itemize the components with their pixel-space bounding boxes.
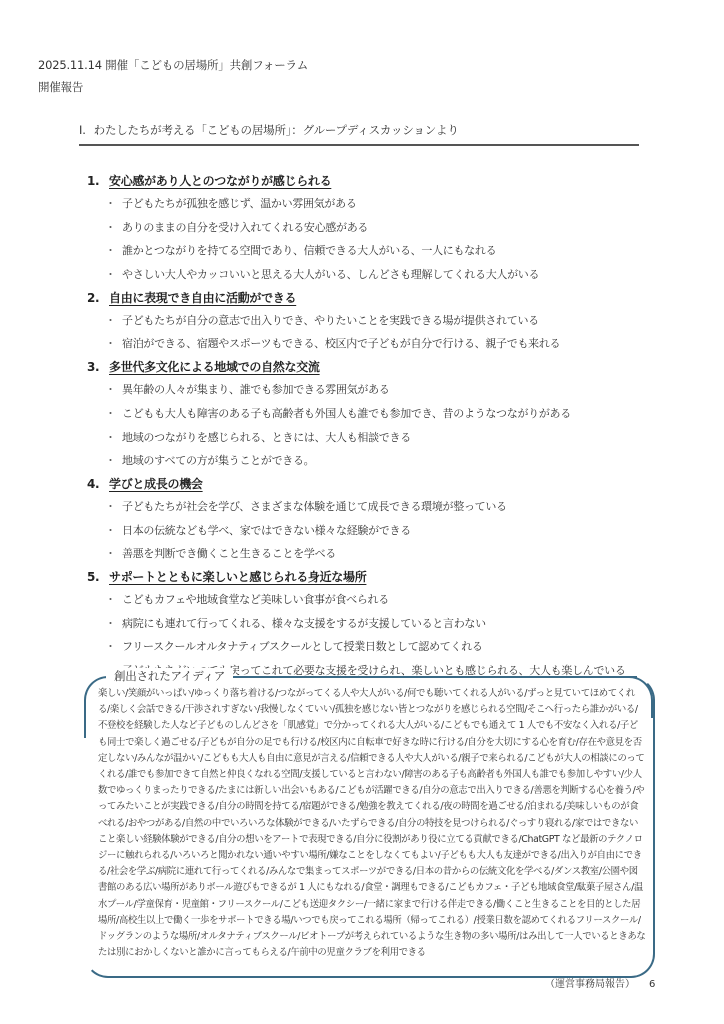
- list-item: ・誰かとつながりを持てる空間であり、信頼できる大人がいる、一人にもなれる: [87, 239, 667, 263]
- ideas-frame-top-rule: [229, 676, 637, 678]
- document-subtitle: 開催報告: [38, 79, 83, 95]
- category-heading: 4.学びと成長の機会: [87, 473, 667, 495]
- bullet-icon: ・: [105, 588, 122, 612]
- ideas-title: 創出されたアイディア: [106, 668, 233, 684]
- bullet-icon: ・: [105, 378, 122, 402]
- category-2: 2.自由に表現でき自由に活動ができる ・子どもたちが自分の意志で出入りでき、やり…: [87, 287, 667, 356]
- section-title: わたしたちが考える「こどもの居場所」：グループディスカッションより: [94, 123, 459, 137]
- category-heading: 5.サポートとともに楽しいと感じられる身近な場所: [87, 566, 667, 588]
- bullet-icon: ・: [105, 263, 122, 287]
- category-heading: 2.自由に表現でき自由に活動ができる: [87, 287, 667, 309]
- list-item: ・こどもカフェや地域食堂など美味しい食事が食べられる: [87, 588, 667, 612]
- bullet-icon: ・: [105, 239, 122, 263]
- page-footer: （運営事務局報告）6: [545, 975, 655, 990]
- bullet-icon: ・: [105, 449, 122, 473]
- bullet-icon: ・: [105, 519, 122, 543]
- list-item: ・異年齢の人々が集まり、誰でも参加できる雰囲気がある: [87, 378, 667, 402]
- list-item: ・地域のすべての方が集うことができる。: [87, 449, 667, 473]
- list-item: ・フリースクールオルタナティブスクールとして授業日数として認めてくれる: [87, 635, 667, 659]
- section-heading: Ⅰ.わたしたちが考える「こどもの居場所」：グループディスカッションより: [79, 122, 639, 146]
- list-item: ・子どもたちが孤独を感じず、温かい雰囲気がある: [87, 192, 667, 216]
- list-item: ・ありのままの自分を受け入れてくれる安心感がある: [87, 216, 667, 240]
- category-heading: 1.安心感があり人とのつながりが感じられる: [87, 170, 667, 192]
- bullet-icon: ・: [105, 216, 122, 240]
- bullet-icon: ・: [105, 635, 122, 659]
- document-title: 2025.11.14 開催「こどもの居場所」共創フォーラム: [38, 57, 308, 73]
- bullet-icon: ・: [105, 612, 122, 636]
- category-1: 1.安心感があり人とのつながりが感じられる ・子どもたちが孤独を感じず、温かい雰…: [87, 170, 667, 287]
- ideas-text: 楽しい/笑顔がいっぱい/ゆっくり落ち着ける/つながってくる人や大人がいる/何でも…: [98, 686, 646, 961]
- list-item: ・やさしい大人やカッコいいと思える大人がいる、しんどさも理解してくれる大人がいる: [87, 263, 667, 287]
- list-item: ・宿泊ができる、宿題やスポーツもできる、校区内で子どもが自分で行ける、親子でも来…: [87, 332, 667, 356]
- category-3: 3.多世代多文化による地域での自然な交流 ・異年齢の人々が集まり、誰でも参加でき…: [87, 356, 667, 473]
- list-item: ・病院にも連れて行ってくれる、様々な支援をするが支援していると言わない: [87, 612, 667, 636]
- bullet-icon: ・: [105, 426, 122, 450]
- list-item: ・善悪を判断でき働くこと生きることを学べる: [87, 542, 667, 566]
- bullet-icon: ・: [105, 542, 122, 566]
- footer-source: （運営事務局報告）: [545, 979, 635, 990]
- list-item: ・地域のつながりを感じられる、ときには、大人も相談できる: [87, 426, 667, 450]
- list-item: ・日本の伝統なども学べ、家ではできない様々な経験ができる: [87, 519, 667, 543]
- category-heading: 3.多世代多文化による地域での自然な交流: [87, 356, 667, 378]
- category-4: 4.学びと成長の機会 ・子どもたちが社会を学び、さまざまな体験を通じて成長できる…: [87, 473, 667, 566]
- ideas-panel: 創出されたアイディア 楽しい/笑顔がいっぱい/ゆっくり落ち着ける/つながってくる…: [84, 666, 657, 984]
- bullet-icon: ・: [105, 402, 122, 426]
- list-item: ・こどもも大人も障害のある子も高齢者も外国人も誰でも参加でき、昔のようなつながり…: [87, 402, 667, 426]
- list-item: ・子どもたちが社会を学び、さまざまな体験を通じて成長できる環境が整っている: [87, 495, 667, 519]
- page-number: 6: [649, 979, 655, 990]
- bullet-icon: ・: [105, 309, 122, 333]
- category-list: 1.安心感があり人とのつながりが感じられる ・子どもたちが孤独を感じず、温かい雰…: [87, 170, 667, 683]
- list-item: ・子どもたちが自分の意志で出入りでき、やりたいことを実践できる場が提供されている: [87, 309, 667, 333]
- bullet-icon: ・: [105, 495, 122, 519]
- section-number: Ⅰ.: [79, 123, 86, 137]
- bullet-icon: ・: [105, 332, 122, 356]
- bullet-icon: ・: [105, 192, 122, 216]
